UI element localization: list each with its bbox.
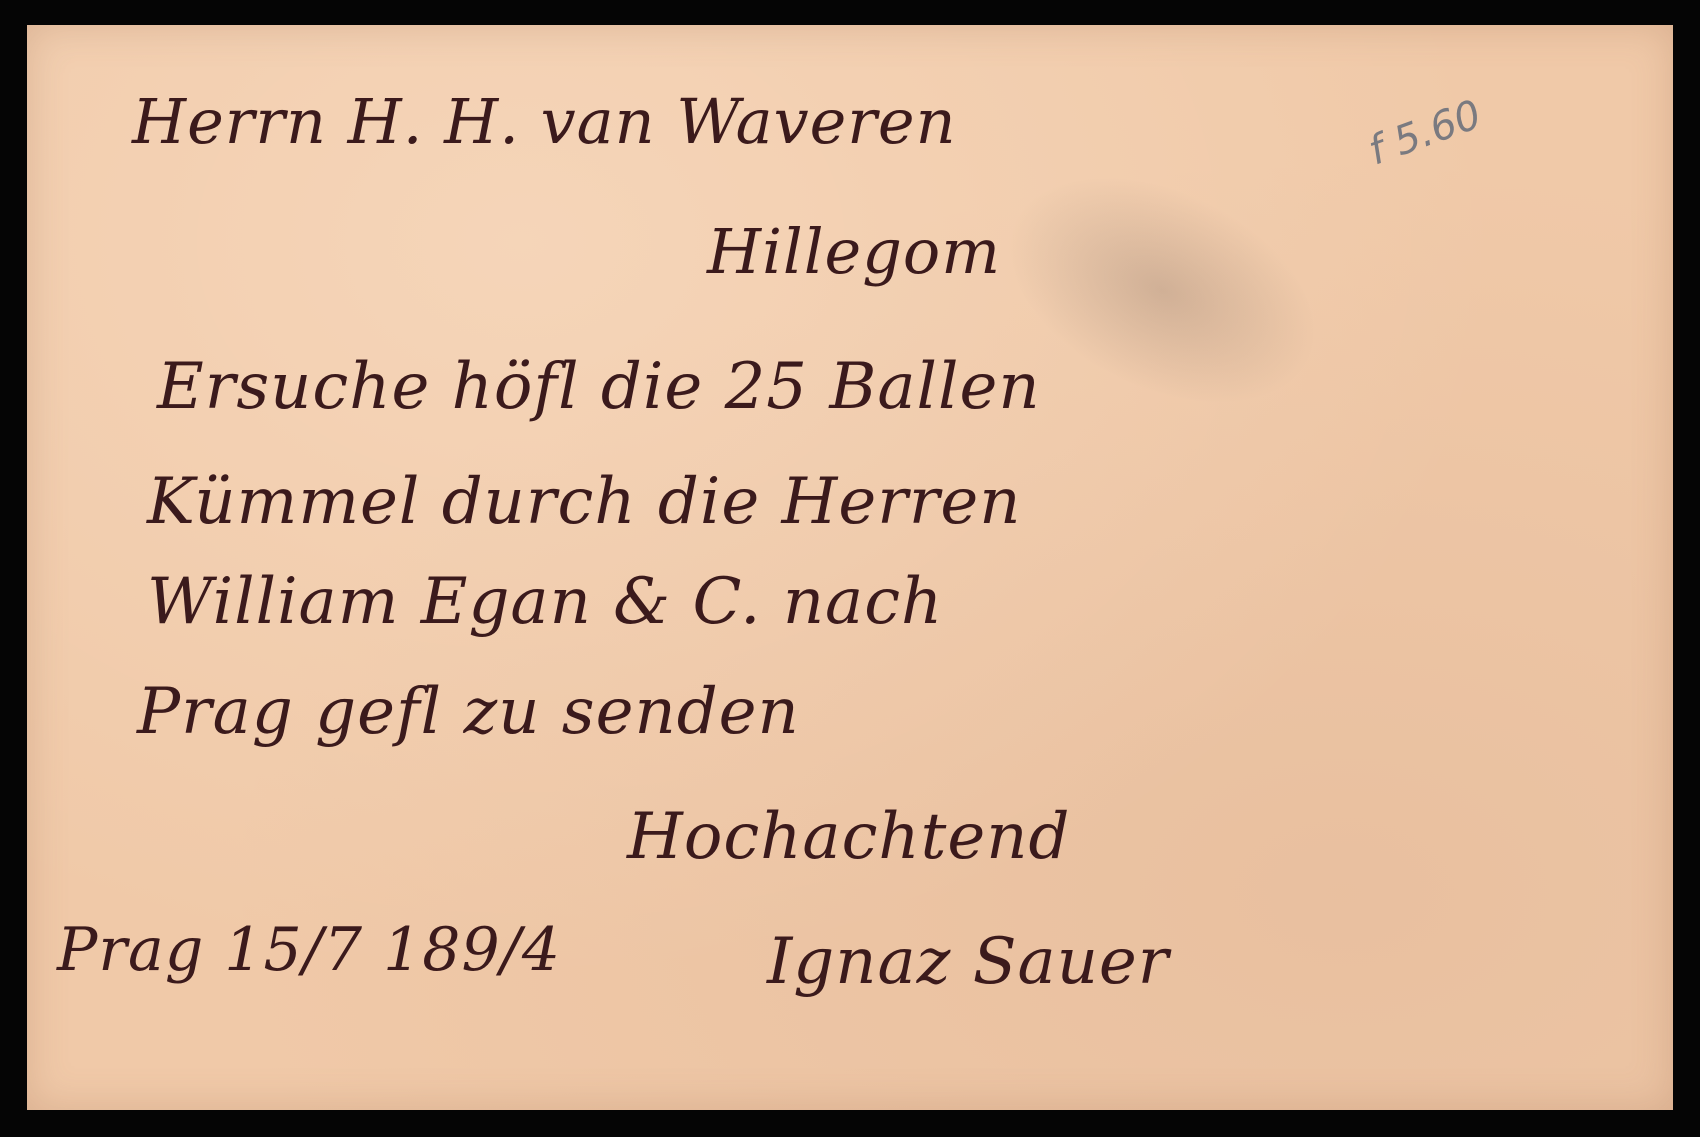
closing-line: Hochachtend [627, 800, 1070, 874]
message-line-1: Ersuche höfl die 25 Ballen [157, 350, 1041, 424]
city-line: Hillegom [707, 215, 1001, 288]
recipient-line: Herrn H. H. van Waveren [132, 85, 957, 158]
pencil-price-note: f 5.60 [1363, 92, 1488, 175]
postcard: Herrn H. H. van Waveren f 5.60 Hillegom … [27, 25, 1673, 1110]
place-date: Prag 15/7 189/4 [57, 915, 561, 985]
signature: Ignaz Sauer [767, 925, 1169, 999]
message-line-2: Kümmel durch die Herren [147, 465, 1022, 539]
message-line-4: Prag gefl zu senden [137, 675, 800, 749]
message-line-3: William Egan & C. nach [147, 565, 943, 639]
